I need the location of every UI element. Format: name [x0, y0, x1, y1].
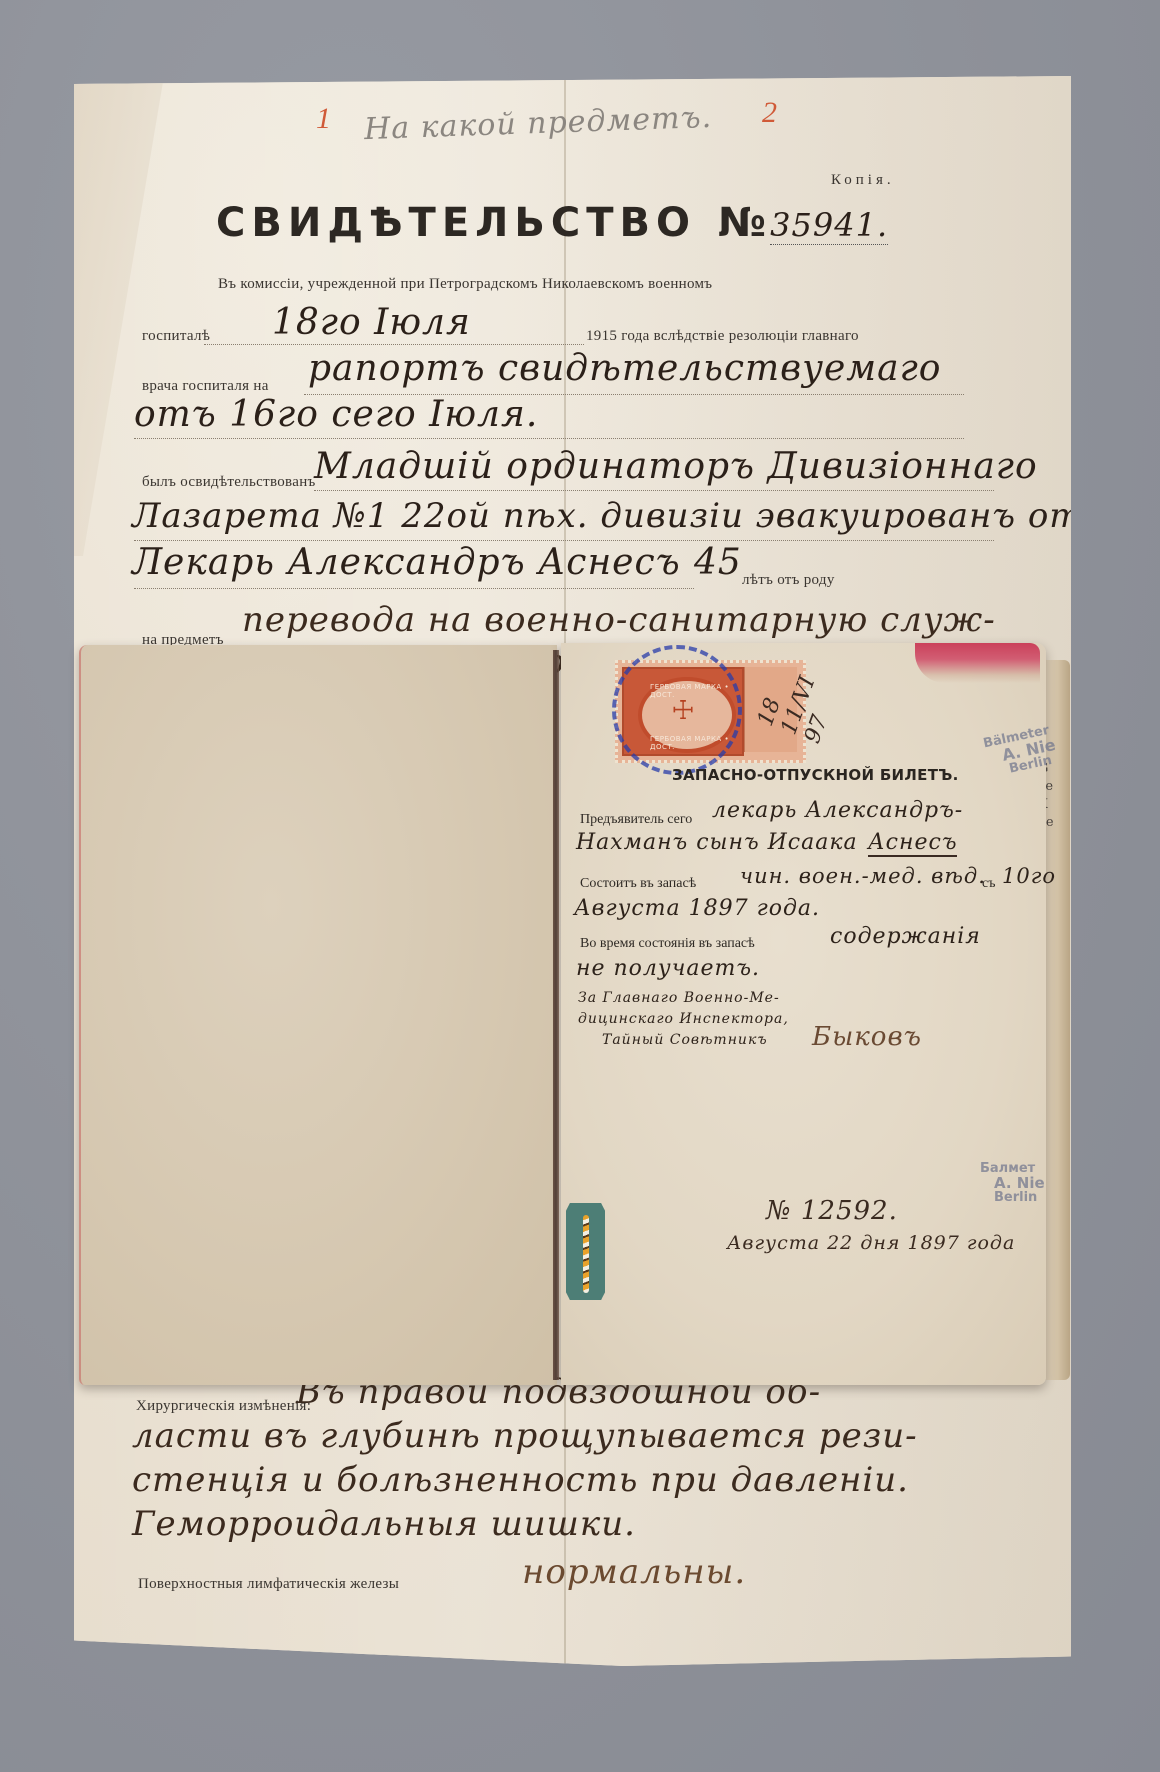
- bearer-surname: Аснесъ: [868, 830, 957, 857]
- line6-unit-hand: Лазарета №1 22ой пѣх. дивизіи эвакуирова…: [132, 496, 1160, 536]
- line8-purpose-hand: перевода на военно-санитарную служ-: [242, 600, 996, 640]
- bearer-hand-1: лекарь Александръ-: [712, 798, 963, 823]
- certificate-number: 35941.: [770, 206, 888, 245]
- binding-cord: [583, 1215, 589, 1293]
- reserve-since-hand: 10го: [1002, 864, 1056, 888]
- red-stain: [915, 643, 1040, 683]
- pay-hand-1: содержанія: [830, 924, 981, 949]
- gray-dealer-stamp-2: Балмет A. Nie Berlin: [980, 1162, 1045, 1205]
- pay-hand-2: не получаетъ.: [576, 956, 760, 981]
- surgical-line-2: ласти въ глубинѣ прощупывается рези-: [132, 1416, 918, 1456]
- lymph-label: Поверхностныя лимфатическія железы: [138, 1576, 399, 1593]
- stamp-side-panel: 18 11/VI 97: [744, 667, 797, 752]
- line1-printed: Въ комиссіи, учрежденной при Петроградск…: [218, 276, 712, 293]
- line2-printed-hospital: госпиталѣ: [142, 328, 210, 345]
- booklet-doc-number: № 12592.: [766, 1196, 898, 1226]
- surgical-line-4: Геморроидальныя шишки.: [132, 1504, 636, 1544]
- certificate-title: СВИДѢТЕЛЬСТВО: [216, 200, 696, 246]
- booklet-spine: [553, 650, 559, 1380]
- surgical-line-3: стенція и болѣзненность при давленіи.: [132, 1460, 909, 1500]
- bearer-label: Предъявитель сего: [580, 812, 692, 828]
- reserve-date-hand: Августа 1897 года.: [574, 896, 820, 921]
- number-sign: №: [718, 200, 766, 246]
- line3-report-hand: рапортъ свидѣтельствуемаго: [308, 348, 941, 389]
- signatory-line-2: дицинскаго Инспектора,: [578, 1009, 789, 1030]
- signatory-block: За Главнаго Военно-Ме- дицинскаго Инспек…: [578, 988, 789, 1051]
- line5-rank-hand: Младшій ординаторъ Дивизіоннаго: [314, 446, 1038, 487]
- booklet-green-tab: [566, 1203, 605, 1300]
- lymph-value-hand: нормальны.: [522, 1552, 746, 1592]
- line5-printed: былъ освидѣтельствованъ: [142, 474, 316, 491]
- reserve-label: Состоитъ въ запасѣ: [580, 876, 696, 892]
- signature: Быковъ: [812, 1022, 922, 1052]
- line4-date-hand: отъ 16го сего Іюля.: [134, 394, 538, 435]
- pencil-note: На какой предметъ.: [363, 100, 712, 147]
- bearer-hand-2: Нахманъ сынъ Исаака: [576, 830, 858, 855]
- booklet-title: ЗАПАСНО-ОТПУСКНОЙ БИЛЕТЪ.: [672, 766, 959, 784]
- line2-date-hand: 18го Іюля: [272, 302, 471, 343]
- age-printed: лѣтъ отъ роду: [742, 572, 835, 589]
- red-mark-1: 1: [316, 102, 331, 136]
- booklet-left-page: [79, 645, 557, 1385]
- age-hand: 45: [694, 542, 742, 583]
- line7-name-hand: Лекарь Александръ Аснесъ: [132, 542, 681, 583]
- booklet-doc-date: Августа 22 дня 1897 года: [727, 1232, 1015, 1254]
- reserve-rank-hand: чин. воен.-мед. вѣд.: [740, 864, 986, 888]
- pay-label: Во время состоянія въ запасѣ: [580, 936, 755, 952]
- line2-printed-year: 1915 года вслѣдствіе резолюціи главнаго: [586, 328, 859, 345]
- line3-printed: врача госпиталя на: [142, 378, 269, 395]
- cancellation-postmark: [612, 645, 742, 775]
- red-mark-2: 2: [762, 96, 777, 130]
- reserve-since-label: съ: [982, 876, 995, 892]
- surgical-label: Хирургическія измѣненія:: [136, 1398, 311, 1415]
- signatory-line-1: За Главнаго Военно-Ме-: [578, 988, 789, 1009]
- copy-label: Копія.: [831, 172, 895, 189]
- signatory-line-3: Тайный Совѣтникъ: [602, 1030, 789, 1051]
- certificate-heading: СВИДѢТЕЛЬСТВО № 35941.: [216, 200, 888, 246]
